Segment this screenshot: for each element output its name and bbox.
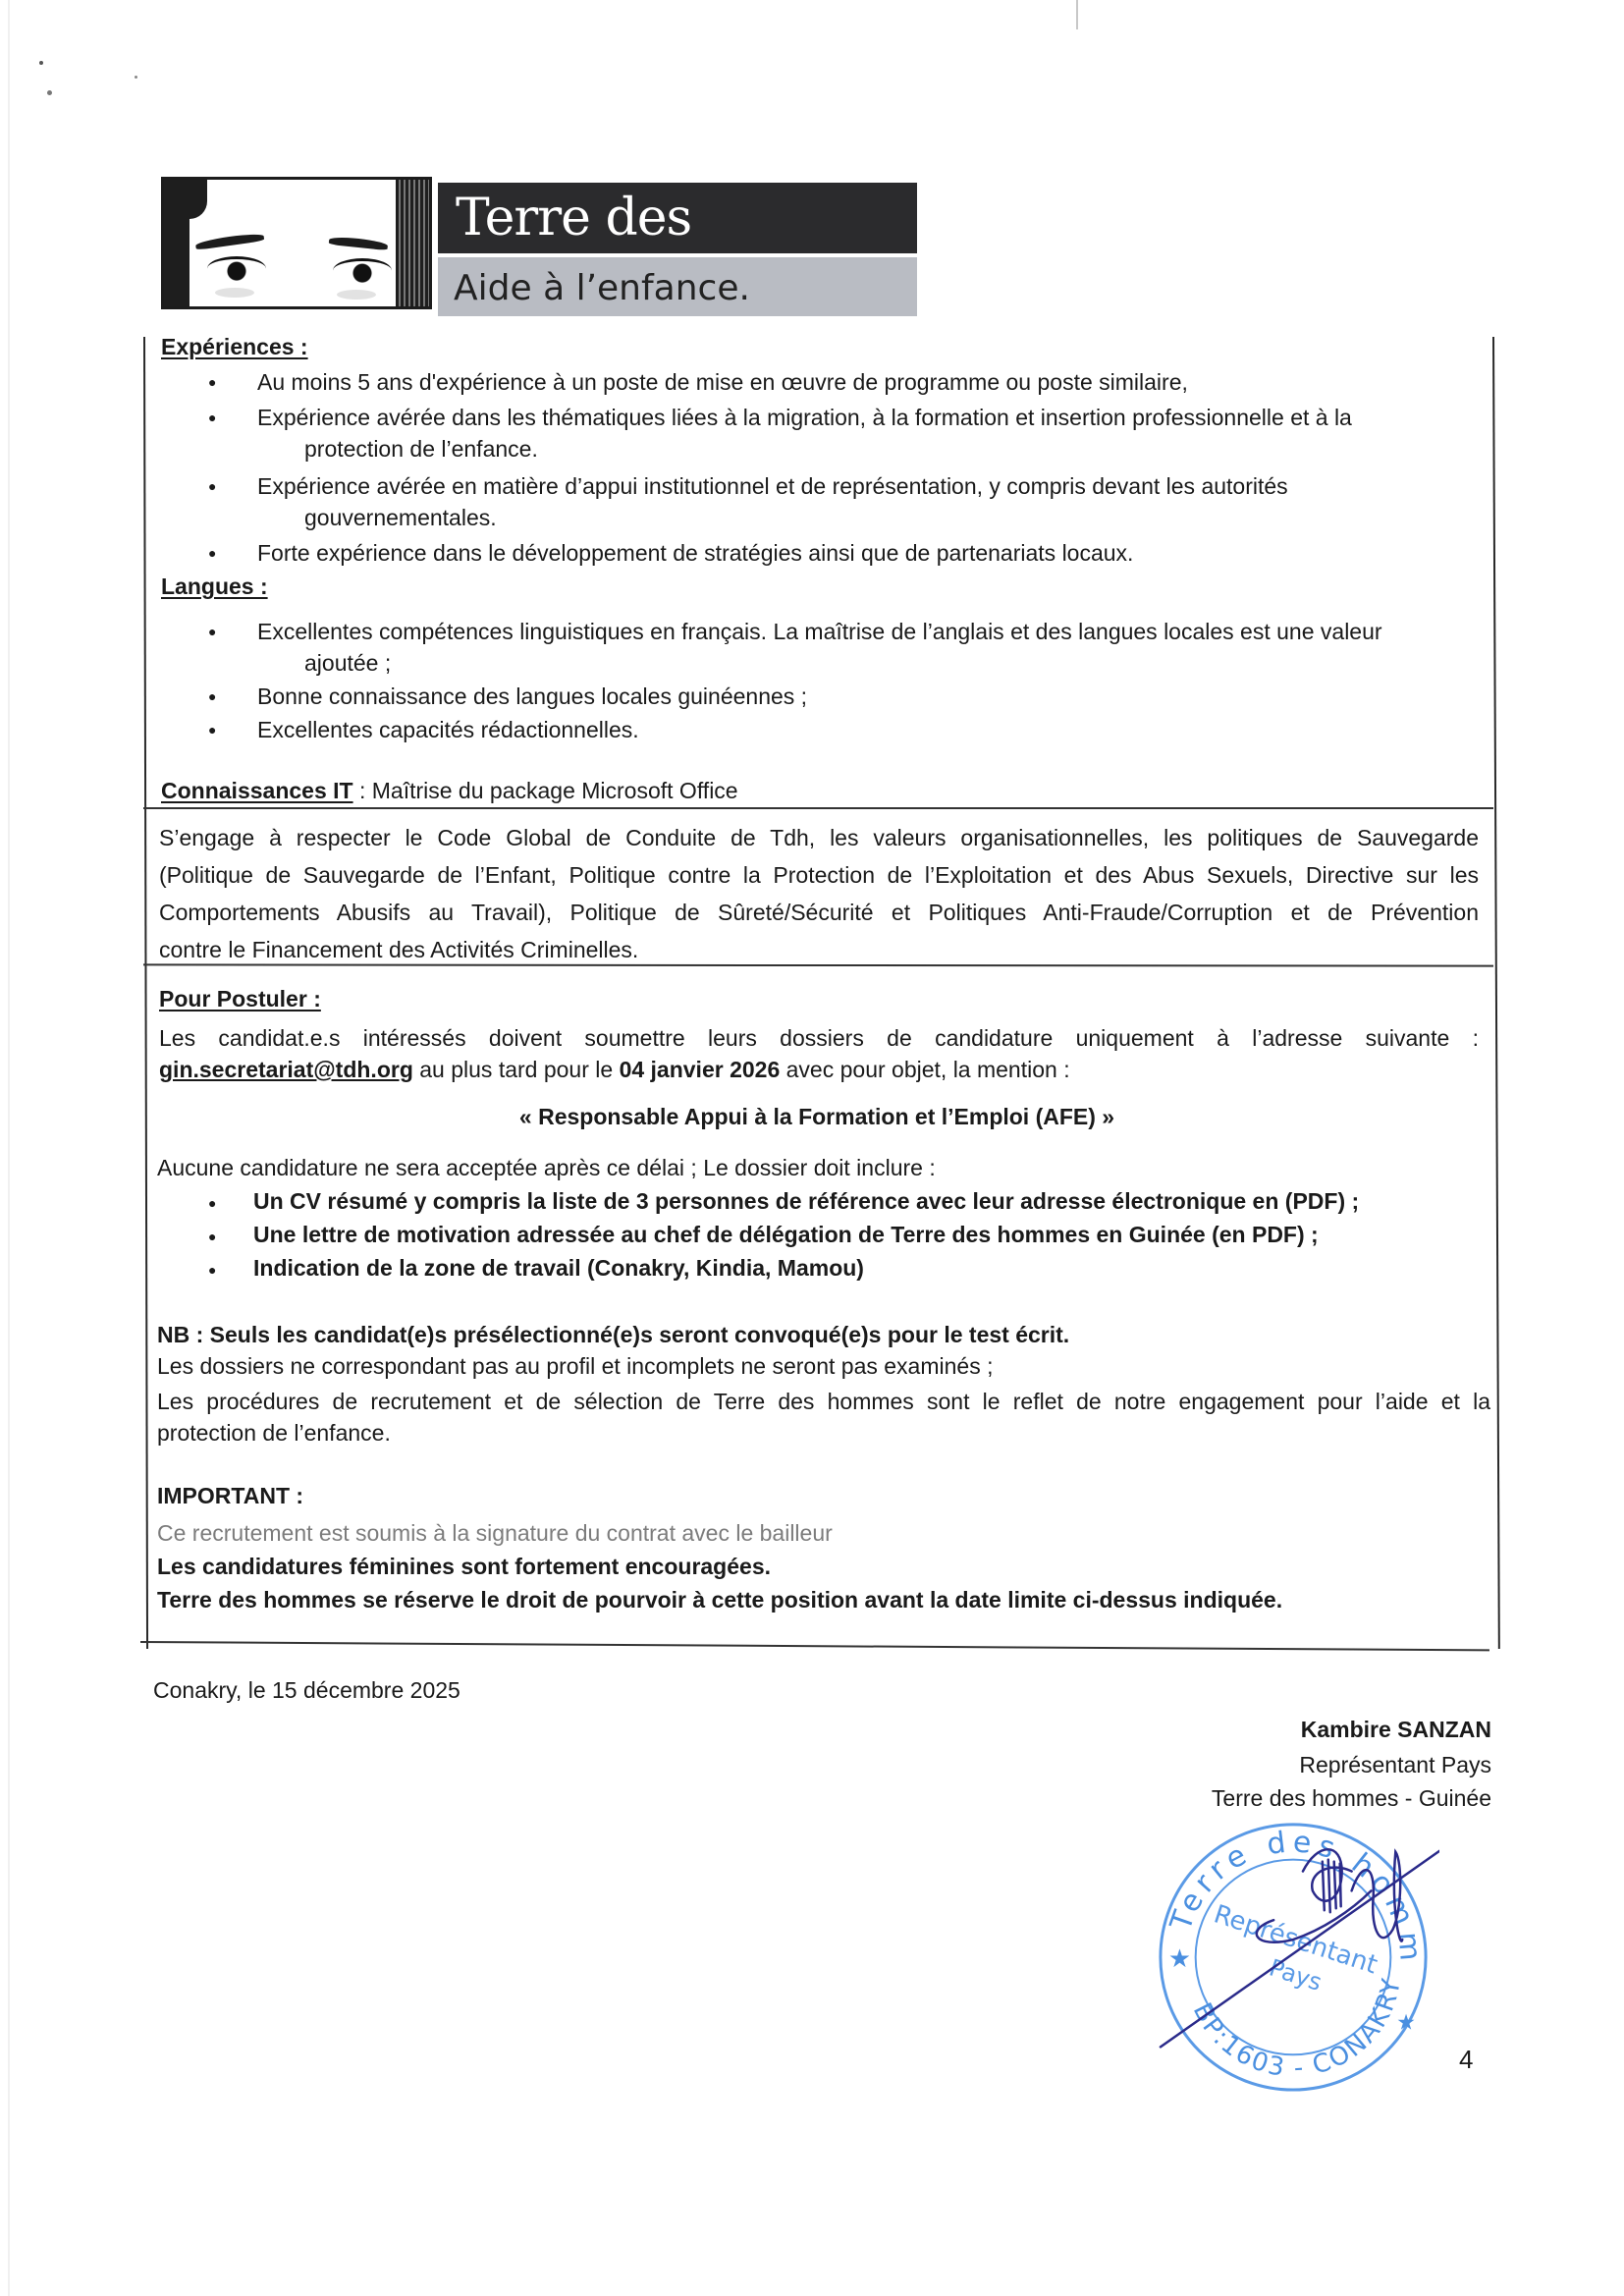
- experience-item-cont: protection de l’enfance.: [304, 432, 538, 465]
- langue-item: Bonne connaissance des langues locales g…: [257, 680, 807, 713]
- it-skills: Connaissances IT : Maîtrise du package M…: [161, 774, 738, 807]
- experiences-heading: Expériences :: [161, 330, 308, 363]
- signatory-name: Kambire SANZAN: [1301, 1713, 1491, 1746]
- dossier-item: Un CV résumé y compris la liste de 3 per…: [253, 1184, 1359, 1218]
- scan-speck: [47, 90, 52, 95]
- langue-item-cont: ajoutée ;: [304, 646, 391, 680]
- bullet-icon: ●: [208, 536, 216, 570]
- bullet-icon: ●: [208, 469, 216, 503]
- bullet-icon: ●: [208, 1220, 216, 1253]
- signatory-title: Représentant Pays: [1299, 1748, 1491, 1781]
- apply-heading: Pour Postuler :: [159, 982, 321, 1015]
- apply-details: gin.secretariat@tdh.org au plus tard pou…: [159, 1053, 1070, 1086]
- deadline: 04 janvier 2026: [620, 1057, 781, 1082]
- divider: [140, 1641, 1489, 1651]
- frame-border-left: [143, 337, 148, 1649]
- svg-text:★: ★: [1168, 1945, 1191, 1973]
- code-of-conduct-line: contre le Financement des Activités Crim…: [159, 933, 638, 966]
- apply-instructions: Les candidat.e.s intéressés doivent soum…: [159, 1021, 1479, 1055]
- experience-item: Expérience avérée dans les thématiques l…: [257, 401, 1352, 434]
- scan-speck: [39, 61, 43, 65]
- scan-artifact-line: [1076, 0, 1078, 29]
- frame-border-right: [1492, 337, 1500, 1649]
- email-link[interactable]: gin.secretariat@tdh.org: [159, 1057, 413, 1082]
- experience-item: Forte expérience dans le développement d…: [257, 536, 1133, 570]
- bullet-icon: ●: [208, 401, 216, 434]
- divider: [143, 807, 1493, 809]
- langues-heading: Langues :: [161, 570, 268, 603]
- code-of-conduct-line: (Politique de Sauvegarde de l’Enfant, Po…: [159, 858, 1479, 892]
- langue-item: Excellentes compétences linguistiques en…: [257, 615, 1382, 648]
- dossier-intro: Aucune candidature ne sera acceptée aprè…: [157, 1151, 936, 1184]
- important-heading: IMPORTANT :: [157, 1479, 303, 1512]
- bullet-icon: ●: [208, 1253, 216, 1286]
- bullet-icon: ●: [208, 1186, 216, 1220]
- important-line: Terre des hommes se réserve le droit de …: [157, 1583, 1282, 1616]
- dossier-item: Une lettre de motivation adressée au che…: [253, 1218, 1319, 1251]
- bullet-icon: ●: [208, 713, 216, 746]
- code-of-conduct-line: S’engage à respecter le Code Global de C…: [159, 821, 1479, 854]
- important-line: Les candidatures féminines sont fortemen…: [157, 1550, 771, 1583]
- application-subject: « Responsable Appui à la Formation et l’…: [0, 1100, 1624, 1133]
- place-date: Conakry, le 15 décembre 2025: [153, 1673, 460, 1707]
- official-stamp-icon: Terre des hommes BP:1603 - CONAKRY ★ ★ R…: [1147, 1803, 1439, 2096]
- note-procedures-cont: protection de l’enfance.: [157, 1416, 391, 1449]
- it-text: : Maîtrise du package Microsoft Office: [353, 778, 738, 803]
- nb-note: NB : Seuls les candidat(e)s présélection…: [157, 1318, 1069, 1351]
- scan-speck: [135, 76, 137, 79]
- important-line: Ce recrutement est soumis à la signature…: [157, 1516, 833, 1550]
- bullet-icon: ●: [208, 365, 216, 399]
- bullet-icon: ●: [208, 680, 216, 713]
- bullet-icon: ●: [208, 615, 216, 648]
- svg-text:★: ★: [1396, 2009, 1416, 2034]
- page-number: 4: [1459, 2043, 1473, 2076]
- experience-item: Expérience avérée en matière d’appui ins…: [257, 469, 1288, 503]
- dossier-item: Indication de la zone de travail (Conakr…: [253, 1251, 864, 1285]
- langue-item: Excellentes capacités rédactionnelles.: [257, 713, 639, 746]
- logo-eyes-image: [161, 177, 432, 309]
- note-incomplete: Les dossiers ne correspondant pas au pro…: [157, 1349, 993, 1383]
- note-procedures: Les procédures de recrutement et de séle…: [157, 1385, 1490, 1418]
- experience-item-cont: gouvernementales.: [304, 501, 497, 534]
- code-of-conduct-line: Comportements Abusifs au Travail), Polit…: [159, 896, 1479, 929]
- it-heading: Connaissances IT: [161, 778, 353, 803]
- scan-edge: [8, 0, 10, 2296]
- logo-title: Terre des hommes: [438, 183, 917, 253]
- experience-item: Au moins 5 ans d'expérience à un poste d…: [257, 365, 1188, 399]
- logo-subtitle: Aide à l’enfance.: [438, 257, 917, 316]
